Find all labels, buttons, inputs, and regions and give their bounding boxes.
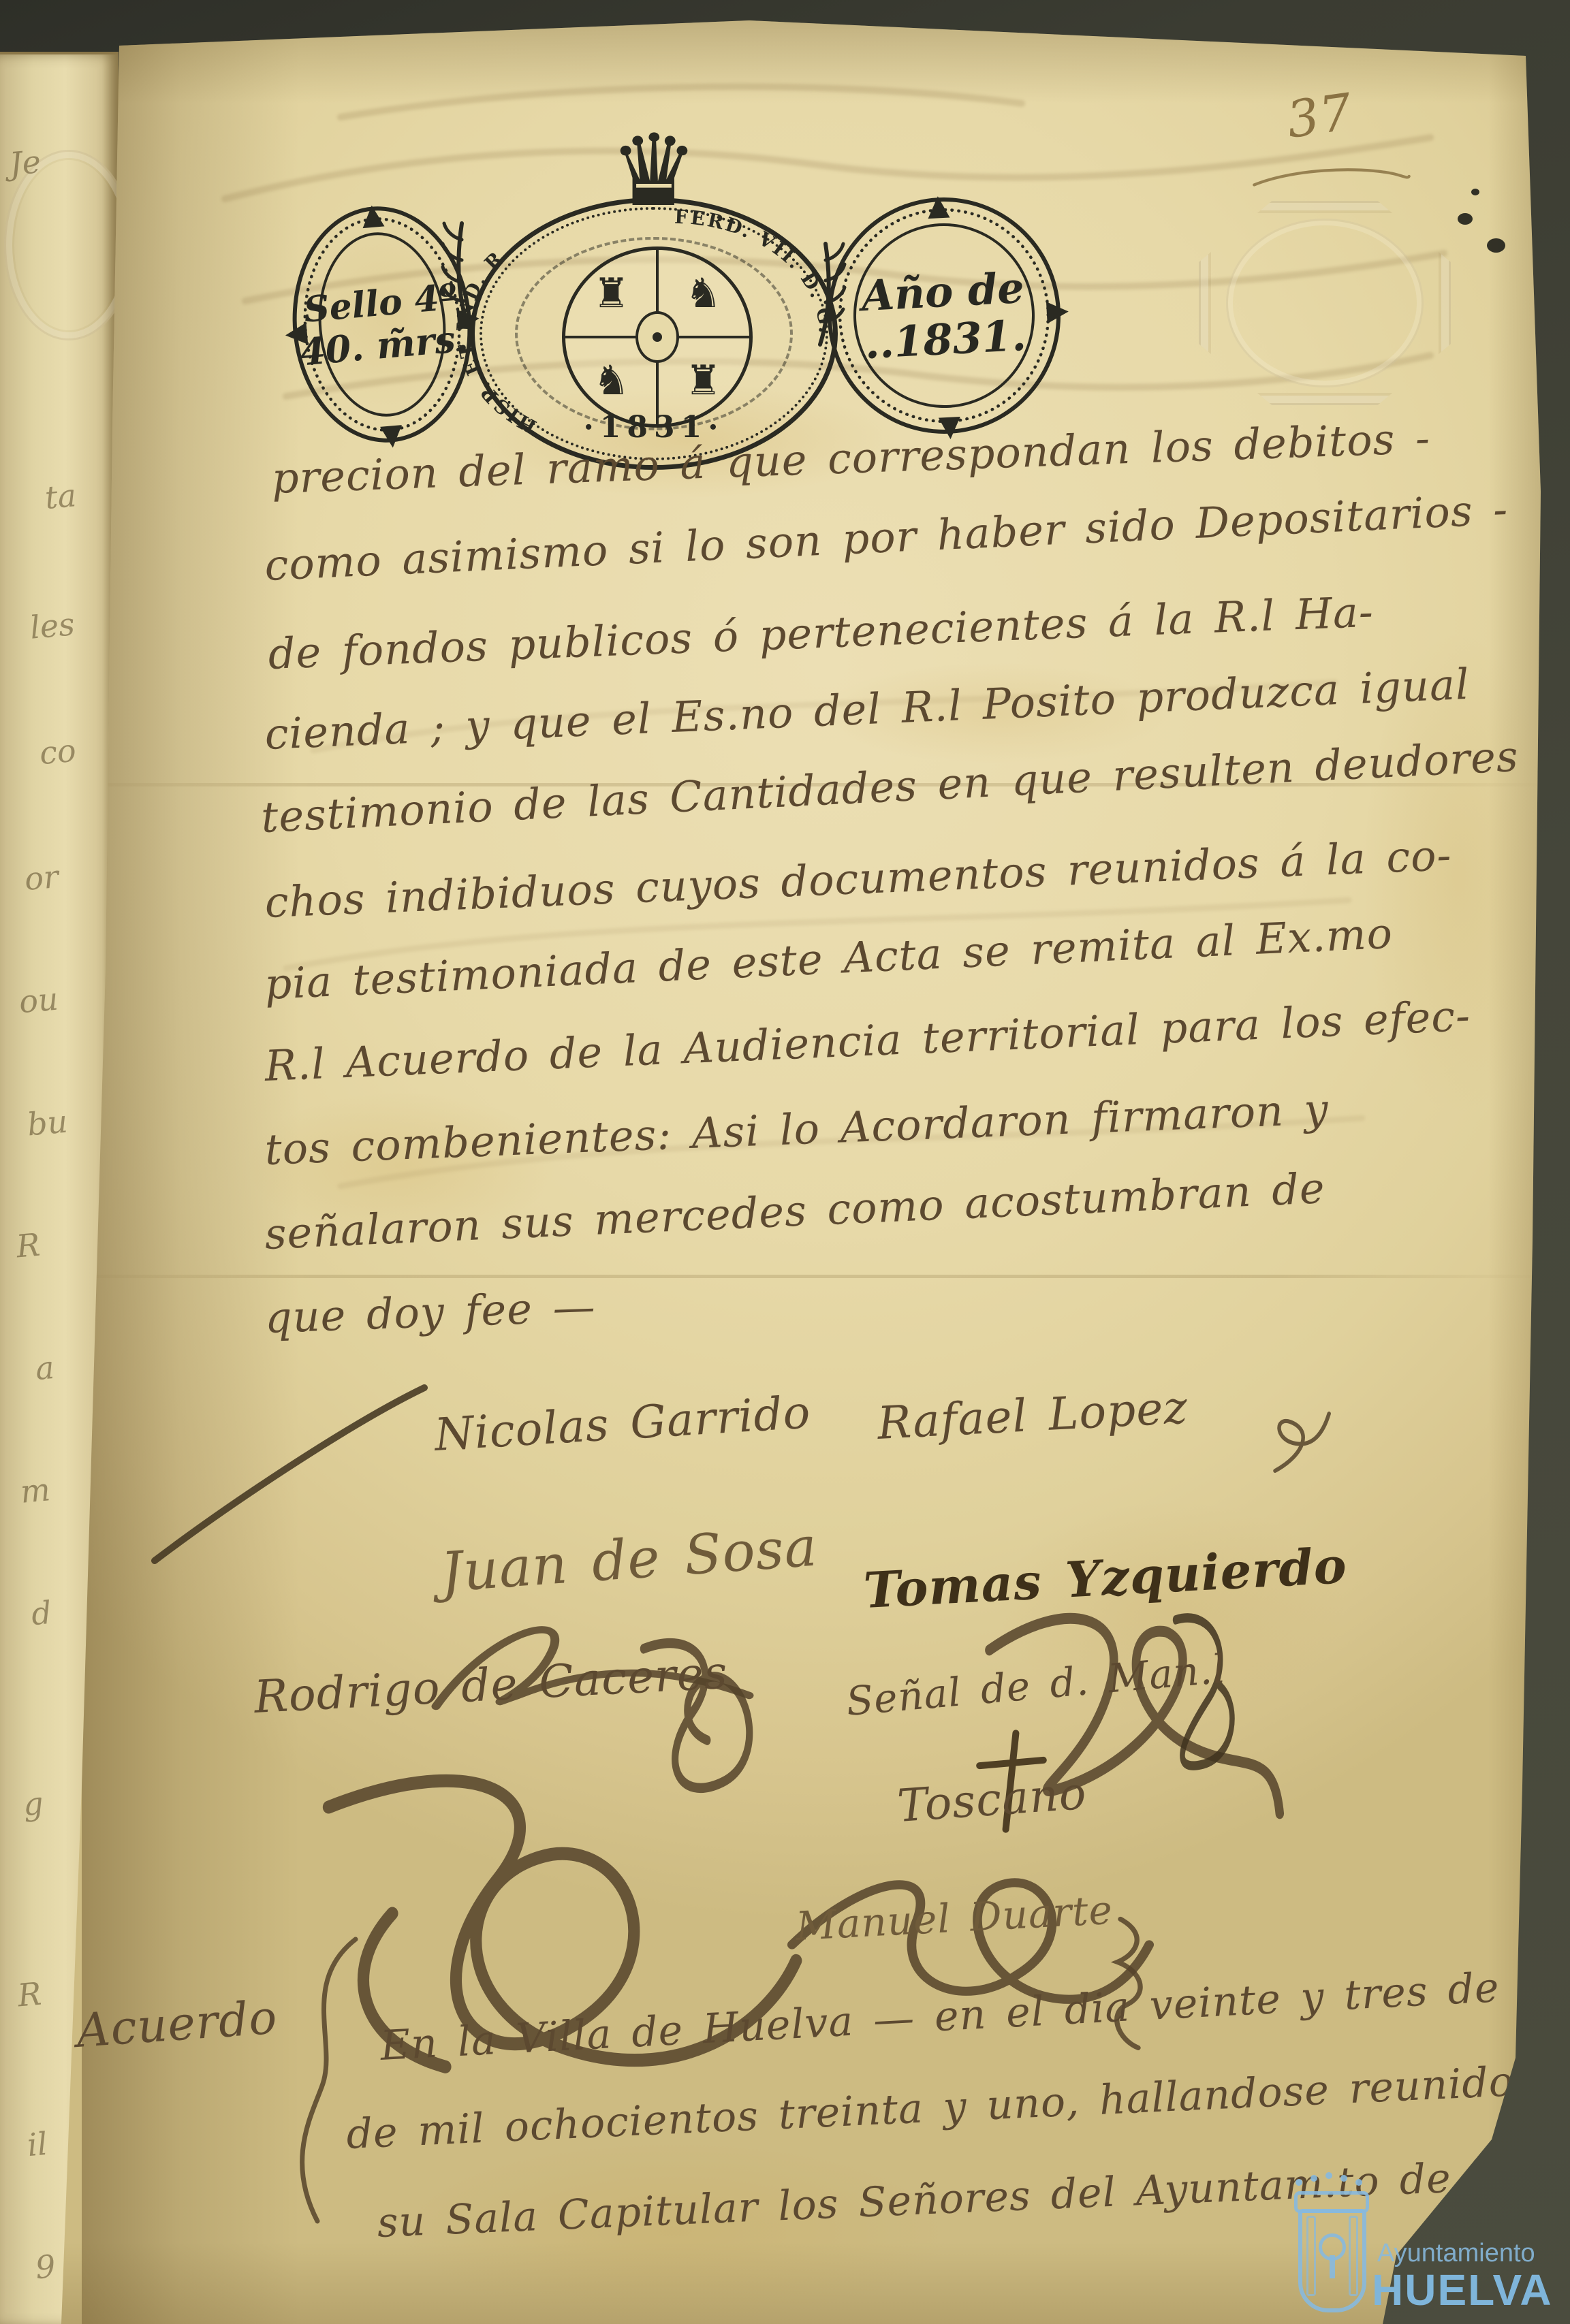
edge-text-fragment: ta bbox=[44, 477, 78, 516]
embossed-profile bbox=[1226, 219, 1424, 387]
edge-text-fragment: or bbox=[23, 858, 60, 897]
ornament-chevron-left-icon: ◀ bbox=[284, 317, 309, 347]
seal-legend: HISP. ET IND. R. FERD. VII. D. G. ·1831· bbox=[470, 197, 838, 470]
watermark-city-name: HUELVA bbox=[1372, 2265, 1553, 2315]
signature-rubric bbox=[1260, 1397, 1335, 1479]
document-page: 37 Sello 4º 40. m̃rs. ▲ ▼ ◀ ▶ ♛ ♜ ♞ bbox=[41, 15, 1550, 2324]
edge-text-fragment: g bbox=[22, 1785, 45, 1823]
signature-rafael-lopez: Rafael Lopez bbox=[877, 1385, 1189, 1446]
stamp-year-value: ..1831. bbox=[864, 314, 1027, 364]
folio-underline-flourish bbox=[1250, 163, 1413, 192]
archive-watermark: Ayuntamiento HUELVA bbox=[1274, 2138, 1570, 2324]
seal-legend-right: FERD. VII. D. G. bbox=[674, 206, 837, 336]
manuscript-line: que doy fee — bbox=[264, 1286, 597, 1339]
edge-text-fragment: d bbox=[30, 1594, 53, 1632]
ink-blot bbox=[1487, 238, 1505, 253]
manuscript-line: como asimismo si lo son por haber sido D… bbox=[264, 488, 1509, 587]
svg-text:FERD. VII. D. G.: FERD. VII. D. G. bbox=[674, 206, 837, 336]
ornament-chevron-up-icon: ▲ bbox=[360, 199, 385, 229]
edge-text-fragment: R bbox=[15, 1226, 42, 1265]
edge-text-fragment: a bbox=[34, 1349, 56, 1387]
edge-text-fragment: bu bbox=[26, 1103, 69, 1143]
ornament-chevron-down-icon: ▼ bbox=[379, 419, 404, 450]
ornament-chevron-right-icon: ▶ bbox=[1046, 295, 1069, 325]
edge-text-fragment: Je bbox=[8, 143, 42, 182]
acuerdo-margin-label: Acuerdo bbox=[75, 1995, 279, 2055]
acuerdo-brace bbox=[266, 1934, 375, 2227]
ink-blot bbox=[1458, 213, 1473, 225]
embossed-dry-seal-right bbox=[1199, 201, 1451, 405]
archive-photo: { "page": { "folio_number": "37" }, "pre… bbox=[0, 0, 1570, 2324]
edge-text-fragment: co bbox=[38, 732, 78, 771]
signature-nicolas-garrido: Nicolas Garrido bbox=[433, 1390, 812, 1458]
edge-text-fragment: les bbox=[29, 605, 76, 646]
edge-text-fragment: R bbox=[16, 1975, 43, 2014]
pen-slash-stroke bbox=[146, 1382, 433, 1566]
ornament-chevron-up-icon: ▲ bbox=[926, 190, 949, 220]
stamp-right-oval: Año de ..1831. ▲ ▼ ▶ bbox=[821, 191, 1067, 439]
signature-rubric bbox=[1124, 1600, 1308, 1798]
folio-number: 37 bbox=[1284, 86, 1356, 146]
ink-blot bbox=[1471, 189, 1479, 195]
huelva-shield-icon bbox=[1287, 2179, 1376, 2315]
stamp-year-label: Año de bbox=[860, 266, 1025, 317]
edge-text-fragment: ou bbox=[18, 981, 60, 1021]
signature-toscano: Toscano bbox=[896, 1771, 1088, 1829]
stamp-royal-seal: ♛ ♜ ♞ ♞ ♜ HISP. ET IND. R. FERD. VII. D.… bbox=[470, 197, 838, 470]
edge-text-fragment: m bbox=[19, 1471, 52, 1510]
edge-text-fragment: il bbox=[26, 2125, 49, 2163]
edge-text-fragment: 9 bbox=[34, 2248, 57, 2286]
watermark-org-name: Ayuntamiento bbox=[1377, 2239, 1535, 2268]
paper-crease bbox=[41, 1275, 1550, 1278]
